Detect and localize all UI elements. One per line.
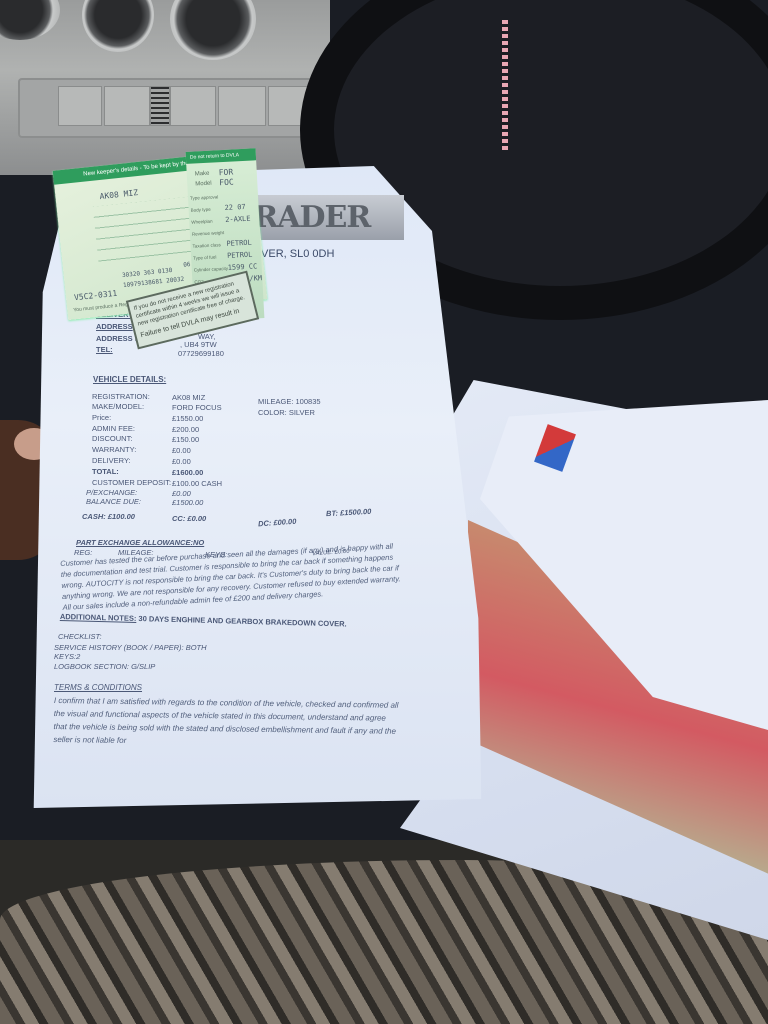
slip-model-label: Model (195, 181, 212, 188)
slip-field-value: 2-AXLE (225, 215, 251, 224)
vehicle-detail-label: DELIVERY: (92, 456, 131, 465)
slip-model-value: FOC (219, 177, 234, 187)
payment-cc: CC: £0.00 (172, 514, 206, 523)
slip-registration: AK08 MIZ (99, 188, 138, 201)
slip-field-value: PETROL (227, 251, 253, 260)
vehicle-detail-label: CUSTOMER DEPOSIT: (92, 478, 171, 487)
switch-panel (18, 78, 318, 138)
checklist-logbook: LOGBOOK SECTION: G/SLIP (54, 662, 155, 671)
vehicle-detail-value: AK08 MIZ (172, 393, 205, 402)
hanging-beads (502, 20, 508, 150)
vehicle-detail-value: £1550.00 (172, 414, 203, 423)
slip-field-label: Wheelplan (191, 219, 212, 225)
vehicle-detail-label: DISCOUNT: (92, 434, 132, 443)
slip-field-label: Revenue weight (192, 230, 224, 237)
slip-serial: V5C2-0311 (74, 289, 118, 302)
vehicle-detail-value: £0.00 (172, 446, 191, 455)
colour: COLOR: SILVER (258, 408, 315, 417)
vehicle-detail-value: £0.00 (172, 457, 191, 466)
vehicle-detail-value: £1600.00 (172, 468, 203, 477)
slip-make-label: Make (195, 171, 210, 178)
slip-field-label: Body type (191, 207, 211, 213)
slip-field-value: PETROL (226, 239, 252, 248)
vehicle-detail-value: £0.00 (172, 489, 191, 498)
dealer-address: IVER, SL0 0DH (258, 248, 334, 260)
slip2-header-band: Do not return to DVLA (186, 148, 257, 164)
terms-heading: TERMS & CONDITIONS (54, 683, 142, 692)
vehicle-detail-value: £1500.00 (172, 498, 203, 507)
mileage: MILEAGE: 100835 (258, 397, 321, 406)
vehicle-details-heading: VEHICLE DETAILS: (93, 375, 166, 384)
vehicle-detail-label: TOTAL: (92, 467, 119, 476)
slip-field-value: 1599 CC (228, 262, 258, 272)
terms-text: I confirm that I am satisfied with regar… (53, 694, 399, 751)
slip-make-value: FOR (218, 167, 233, 177)
vehicle-detail-label: Price: (92, 413, 111, 422)
address-partial-2: , UB4 9TW (180, 340, 217, 349)
vehicle-detail-label: REGISTRATION: (92, 392, 150, 401)
vehicle-detail-value: £150.00 (172, 435, 199, 444)
vehicle-detail-value: FORD FOCUS (172, 403, 222, 412)
part-exchange-heading: PART EXCHANGE ALLOWANCE:NO (76, 538, 204, 547)
slip-field-label: Taxation class (192, 242, 220, 248)
slip-field-value: 22 07 (224, 203, 245, 212)
checklist-keys: KEYS:2 (54, 652, 80, 661)
slip-field-label: Type of fuel (193, 254, 216, 260)
slip-field-label: Type approval (190, 194, 219, 200)
address-line-label: ADDRESS L (96, 334, 139, 343)
checklist-service-history: SERVICE HISTORY (BOOK / PAPER): BOTH (54, 643, 207, 652)
slip-field-label: Cylinder capacity (194, 266, 228, 273)
tel-value: 07729699180 (178, 349, 224, 358)
vehicle-detail-label: WARRANTY: (92, 445, 136, 454)
payment-cash: CASH: £100.00 (82, 512, 135, 521)
checklist-heading: CHECKLIST: (58, 632, 102, 641)
vehicle-detail-label: MAKE/MODEL: (92, 402, 144, 411)
vehicle-detail-label: P/EXCHANGE: (86, 488, 137, 497)
address-label: ADDRESS (96, 322, 133, 331)
vehicle-detail-label: ADMIN FEE: (92, 424, 135, 433)
vehicle-detail-label: BALANCE DUE: (86, 497, 141, 506)
vehicle-detail-value: £100.00 CASH (172, 479, 222, 488)
tel-label: TEL: (96, 345, 113, 354)
vehicle-detail-value: £200.00 (172, 425, 199, 434)
